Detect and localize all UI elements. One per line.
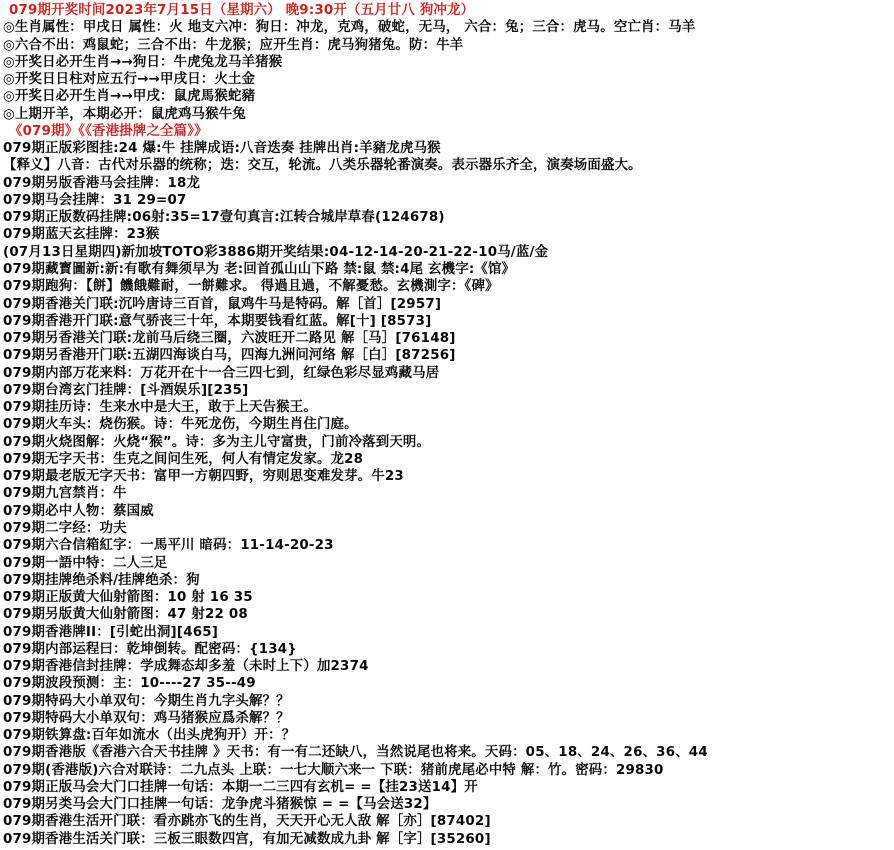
digital-board-line: 079期正版数码挂牌:06射:35=17壹句真言:江转合城岸草春(124678) xyxy=(3,209,894,226)
fire-chart-line: 079期火烧图解：火烧“猴”。诗：多为主儿守富贵，门前冷落到天明。 xyxy=(3,434,894,451)
page: { "page": { "background": "#ffffff", "te… xyxy=(0,0,894,850)
official-wongtaisin-archery-line: 079期正版黄大仙射箭图：10 射 16 35 xyxy=(3,589,894,606)
oldest-wordless-book-line: 079期最老版无字天书：富甲一方朝四野，穷则思变难发芽。牛23 xyxy=(3,468,894,485)
iron-abacus-line: 079期铁算盘:百年如流水（出头虎狗开）开：？ xyxy=(3,727,894,744)
running-dog-line: 079期跑狗：【餅】饑餓難耐，一餅難求。 得過且過，不解憂愁。玄機測字：《碑》 xyxy=(3,278,894,295)
taiwan-xuanmen-board-line: 079期台湾玄门挂牌：[斗酒娱乐][235] xyxy=(3,382,894,399)
blue-sky-board-line: 079期蓝天玄挂牌：23猴 xyxy=(3,226,894,243)
liuhe-exclusions-line: ◎六合不出：鸡鼠蛇；三合不出：牛龙猴；应开生肖：虎马狗猪兔。防：牛羊 xyxy=(3,37,894,54)
heaven-book-board-line: 079期香港版《香港六合天书挂牌 》天书：有一有二还缺八，当然说尾也将来。天码：… xyxy=(3,744,894,761)
two-word-classic-line: 079期二字经：功夫 xyxy=(3,520,894,537)
alt-wongtaisin-archery-line: 079期另版黄大仙射箭图：47 射22 08 xyxy=(3,606,894,623)
internal-fortune-line: 079期内部运程曰：乾坤倒转。配密码：{134} xyxy=(3,641,894,658)
special-code-sentence-1-line: 079期特码大小单双句：今期生肖九字头解？？ xyxy=(3,693,894,710)
five-elements-line: ◎开奖日日柱对应五行→→甲戌日：火土金 xyxy=(3,71,894,88)
calendar-poem-line: 079期挂历诗：生来水中是大王，敢于上天告猴王。 xyxy=(3,399,894,416)
must-open-zodiac-jiaxu-line: ◎开奖日必开生肖→→甲戌：鼠虎馬猴蛇豬 xyxy=(3,88,894,105)
jockey-board-line: 079期马会挂牌：31 29=07 xyxy=(3,192,894,209)
internal-wanhua-tip-line: 079期内部万花来料：万花开在十一合三四七到，红绿色彩尽显鸡藏马居 xyxy=(3,365,894,382)
hk-opening-couplet-line: 079期香港开门联:意气骄丧三十年，本期要钱看红蓝。解[十] [8573] xyxy=(3,313,894,330)
hk-closing-couplet-line: 079期香港关门联:沉吟唐诗三百首，鼠鸡牛马是特码。解［首］[2957] xyxy=(3,296,894,313)
board-kill-line: 079期挂牌绝杀料/挂牌绝杀：狗 xyxy=(3,572,894,589)
wordless-book-line: 079期无字天书：生克之间问生死，何人有情定发家。龙28 xyxy=(3,451,894,468)
alt-hk-opening-couplet-line: 079期另香港开门联:五湖四海谈白马，四海九洲问河络 解［白］[87256] xyxy=(3,347,894,364)
official-gate-board-line: 079期正版马会大门口挂牌一句话：本期一二三四有玄机= =【挂23送14】开 xyxy=(3,779,894,796)
jiugong-forbidden-zodiac-line: 079期九宫禁肖：牛 xyxy=(3,485,894,502)
mailbox-red-words-line: 079期六合信箱紅字：一馬平川 暗码：11-14-20-23 xyxy=(3,537,894,554)
must-hit-person-line: 079期必中人物：蔡国威 xyxy=(3,503,894,520)
hk-board-ii-line: 079期香港牌II：[引蛇出洞][465] xyxy=(3,624,894,641)
one-phrase-special-line: 079期一語中特：二人三足 xyxy=(3,555,894,572)
alt-gate-board-line: 079期另类马会大门口挂牌一句话：龙争虎斗猪猴惊 = =【马会送32】 xyxy=(3,796,894,813)
alt-hk-closing-couplet-line: 079期另香港关门联:龙前马后绕三圈，六波旺开二路见 解［马］[76148] xyxy=(3,330,894,347)
alt-hk-jockey-board-line: 079期另版香港马会挂牌：18龙 xyxy=(3,175,894,192)
hk-life-closing-couplet-line: 079期香港生活关门联：三板三眼数四宫，有加无减数成九卦 解［字］[35260] xyxy=(3,831,894,848)
couplet-poem-line: 079期(香港版)六合对联诗：二九点头 上联：一七大顺六来一 下联：猪前虎尾必中… xyxy=(3,762,894,779)
idiom-explanation-line: 【释义】八音：古代对乐器的统称；迭：交互，轮流。八类乐器轮番演奏。表示器乐齐全，… xyxy=(3,157,894,174)
hk-envelope-board-line: 079期香港信封挂牌：学成舞态却多羞（未时上下）加2374 xyxy=(3,658,894,675)
section-title-guapai: 《079期》《《香港掛牌之全篇》》 xyxy=(3,123,894,140)
previous-draw-line: ◎上期开羊，本期必开：鼠虎鸡马猴牛兔 xyxy=(3,106,894,123)
hk-life-opening-couplet-line: 079期香港生活开门联：看亦跳亦飞的生肖，天天开心无人敌 解［亦］[87402] xyxy=(3,813,894,830)
draw-header-line: 079期开奖时间2023年7月15日（星期六） 晚9:30开（五月廿八 狗冲龙） xyxy=(3,2,894,19)
special-code-sentence-2-line: 079期特码大小单双句：鸡马猪猴应爲杀解？？ xyxy=(3,710,894,727)
official-chart-line: 079期正版彩图挂:24 爆:牛 挂牌成语:八音迭奏 挂牌出肖:羊豬龙虎马猴 xyxy=(3,140,894,157)
zodiac-attributes-line: ◎生肖属性：甲戌日 属性：火 地支六冲：狗日：冲龙，克鸡，破蛇，无马， 六合：兔… xyxy=(3,19,894,36)
locomotive-line: 079期火车头：烧伤猴。诗：牛死龙伤，今期生肖住门庭。 xyxy=(3,416,894,433)
must-open-zodiac-dog-line: ◎开奖日必开生肖→→狗日：牛虎兔龙马羊猪猴 xyxy=(3,54,894,71)
wave-band-prediction-line: 079期波段预测：主：10----27 35--49 xyxy=(3,675,894,692)
singapore-toto-result-line: (07月13日星期四)新加坡TOTO彩3886期开奖结果:04-12-14-20… xyxy=(3,244,894,261)
lottery-tips-document: 079期开奖时间2023年7月15日（星期六） 晚9:30开（五月廿八 狗冲龙）… xyxy=(0,0,894,848)
treasure-map-line: 079期藏寳圖新:新:有歌有舞须早为 老:回首孤山山下路 禁:鼠 禁:4尾 玄機… xyxy=(3,261,894,278)
